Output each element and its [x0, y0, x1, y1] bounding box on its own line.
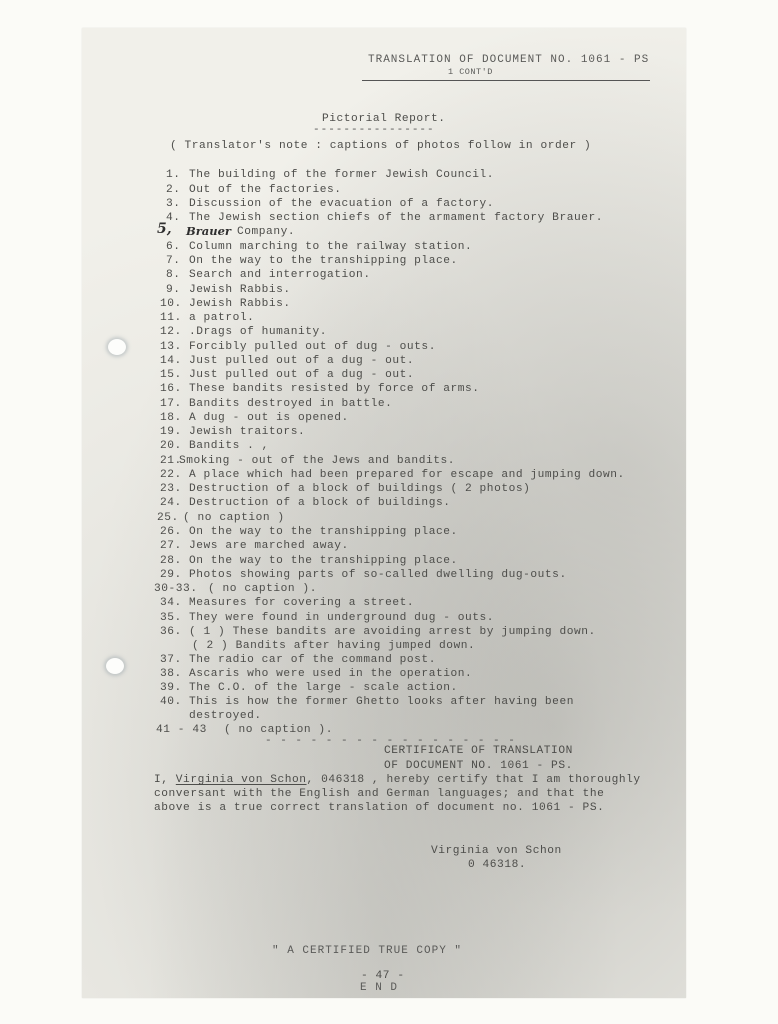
- caption-number: 8.: [166, 269, 181, 282]
- caption-number: 39.: [160, 682, 182, 695]
- certificate-line-1: I, Virginia von Schon, 046318 , hereby c…: [154, 774, 641, 787]
- caption-number: 17.: [160, 398, 182, 411]
- caption-text: Just pulled out of a dug - out.: [189, 355, 414, 368]
- caption-text: a patrol.: [189, 312, 254, 325]
- caption-text: A place which had been prepared for esca…: [189, 469, 625, 482]
- caption-text: Out of the factories.: [189, 184, 342, 197]
- caption-text: The C.O. of the large - scale action.: [189, 682, 458, 695]
- certificate-line-3: above is a true correct translation of d…: [154, 802, 604, 815]
- caption-text: Measures for covering a street.: [189, 597, 414, 610]
- caption-text: The Jewish section chiefs of the armamen…: [189, 212, 603, 225]
- caption-text: Jewish Rabbis.: [189, 298, 291, 311]
- caption-number: 36.: [160, 626, 182, 639]
- caption-number: 37.: [160, 654, 182, 667]
- caption-number: 3.: [166, 198, 181, 211]
- caption-number: 27.: [160, 540, 182, 553]
- caption-text: ( no caption ).: [208, 583, 317, 596]
- caption-number: 10.: [160, 298, 182, 311]
- caption-text: ( 1 ) These bandits are avoiding arrest …: [189, 626, 596, 639]
- caption-number: 28.: [160, 555, 182, 568]
- caption-number: 1.: [166, 169, 181, 182]
- caption-number: 9.: [166, 284, 181, 297]
- caption-text: On the way to the transhipping place.: [189, 526, 458, 539]
- caption-number: 38.: [160, 668, 182, 681]
- certified-true-copy: " A CERTIFIED TRUE COPY ": [272, 945, 462, 958]
- caption-text: A dug - out is opened.: [189, 412, 349, 425]
- caption-number: 5,: [157, 223, 172, 236]
- caption-number: 18.: [160, 412, 182, 425]
- caption-number: 29.: [160, 569, 182, 582]
- caption-text: Jews are marched away.: [189, 540, 349, 553]
- caption-text: Just pulled out of a dug - out.: [189, 369, 414, 382]
- caption-text: Bandits . ,: [189, 440, 269, 453]
- caption-number: 11.: [160, 312, 182, 325]
- signature-name: Virginia von Schon: [431, 845, 562, 858]
- caption-text: Destruction of a block of buildings.: [189, 497, 451, 510]
- caption-number: 15.: [160, 369, 182, 382]
- report-title-underline: ----------------: [313, 124, 435, 136]
- certificate-heading: CERTIFICATE OF TRANSLATION: [384, 745, 573, 758]
- caption-number: 35.: [160, 612, 182, 625]
- caption-text: Search and interrogation.: [189, 269, 371, 282]
- caption-text: Photos showing parts of so-called dwelli…: [189, 569, 567, 582]
- punch-hole: [108, 339, 126, 355]
- caption-text: On the way to the transhipping place.: [189, 555, 458, 568]
- caption-number: 30-33.: [154, 583, 198, 596]
- document-header-contd: 1 CONT'D: [448, 66, 493, 79]
- caption-text: Discussion of the evacuation of a factor…: [189, 198, 494, 211]
- caption-text: .Drags of humanity.: [189, 326, 327, 339]
- caption-text: Ascaris who were used in the operation.: [189, 668, 472, 681]
- caption-text: Column marching to the railway station.: [189, 241, 472, 254]
- certificate-heading-doc: OF DOCUMENT NO. 1061 - PS.: [384, 760, 573, 773]
- signature-number: 0 46318.: [468, 859, 526, 872]
- punch-hole: [106, 658, 124, 674]
- caption-text: Jewish traitors.: [189, 426, 305, 439]
- caption-text: Forcibly pulled out of dug - outs.: [189, 341, 436, 354]
- certificate-line-2: conversant with the English and German l…: [154, 788, 604, 801]
- document-header-title: TRANSLATION OF DOCUMENT NO. 1061 - PS: [368, 54, 649, 67]
- caption-number: 40.: [160, 696, 182, 709]
- caption-text: The building of the former Jewish Counci…: [189, 169, 494, 182]
- caption-text: They were found in underground dug - out…: [189, 612, 494, 625]
- caption-number: 12.: [160, 326, 182, 339]
- caption-text: Destruction of a block of buildings ( 2 …: [189, 483, 530, 496]
- caption-text: Smoking - out of the Jews and bandits.: [179, 455, 455, 468]
- caption-text: Bandits destroyed in battle.: [189, 398, 392, 411]
- caption-number: 14.: [160, 355, 182, 368]
- caption-text: ( no caption ): [183, 512, 285, 525]
- caption-number: 25.: [157, 512, 179, 525]
- caption-number: 24.: [160, 497, 182, 510]
- caption-number: 13.: [160, 341, 182, 354]
- caption-number: 34.: [160, 597, 182, 610]
- caption-number: 7.: [166, 255, 181, 268]
- caption-number: 19.: [160, 426, 182, 439]
- caption-number: 23.: [160, 483, 182, 496]
- caption-text: destroyed.: [189, 710, 262, 723]
- caption-text: Company.: [237, 226, 295, 239]
- header-rule: [362, 80, 650, 81]
- translator-note: ( Translator's note : captions of photos…: [170, 140, 591, 153]
- caption-text: ( 2 ) Bandits after having jumped down.: [192, 640, 475, 653]
- caption-number: 26.: [160, 526, 182, 539]
- handwritten-annotation: Brauer: [186, 225, 231, 238]
- caption-text: This is how the former Ghetto looks afte…: [189, 696, 574, 709]
- caption-text: The radio car of the command post.: [189, 654, 436, 667]
- caption-number: 2.: [166, 184, 181, 197]
- caption-number: 20.: [160, 440, 182, 453]
- caption-text: On the way to the transhipping place.: [189, 255, 458, 268]
- caption-text: Jewish Rabbis.: [189, 284, 291, 297]
- caption-number: 16.: [160, 383, 182, 396]
- caption-number: 41 - 43: [156, 724, 207, 737]
- end-marker: E N D: [360, 982, 398, 995]
- caption-number: 22.: [160, 469, 182, 482]
- caption-number: 6.: [166, 241, 181, 254]
- translator-name: Virginia von Schon: [176, 774, 307, 786]
- caption-text: These bandits resisted by force of arms.: [189, 383, 480, 396]
